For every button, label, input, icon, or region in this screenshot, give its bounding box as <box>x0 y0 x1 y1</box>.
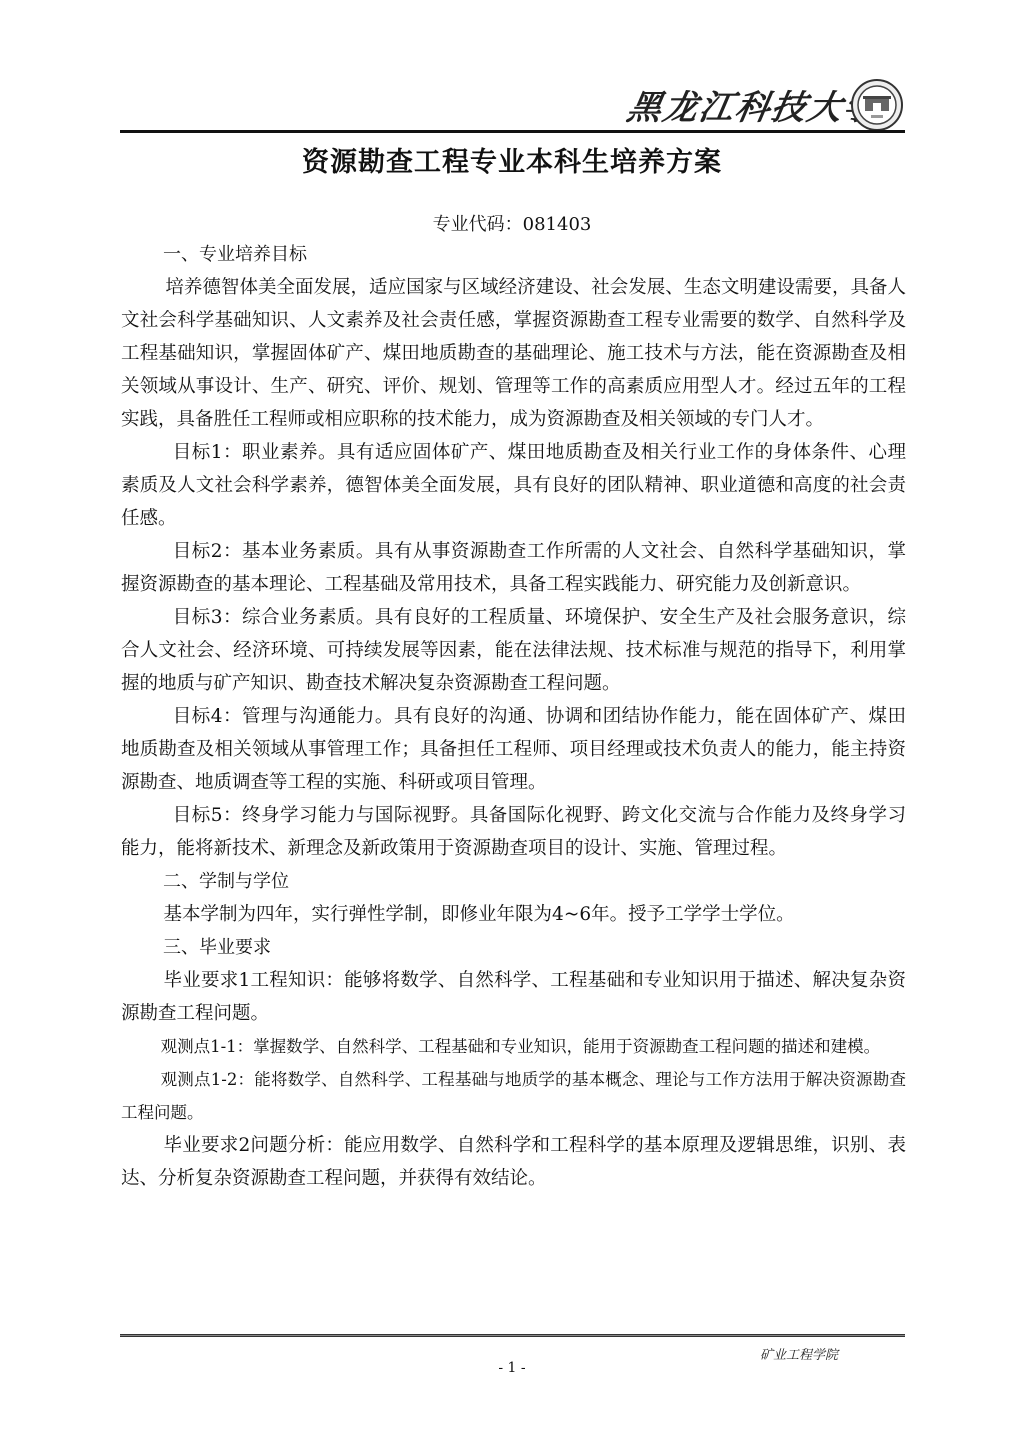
paragraph-goal-4: 目标4：管理与沟通能力。具有良好的沟通、协调和团结协作能力，能在固体矿产、煤田地… <box>121 700 906 799</box>
paragraph-requirement-2: 毕业要求2问题分析：能应用数学、自然科学和工程科学的基本原理及逻辑思维，识别、表… <box>121 1129 906 1195</box>
major-code: 专业代码：081403 <box>0 210 1024 236</box>
paragraph-goal-5: 目标5：终身学习能力与国际视野。具备国际化视野、跨文化交流与合作能力及终身学习能… <box>121 799 906 865</box>
document-body: 一、专业培养目标 培养德智体美全面发展，适应国家与区域经济建设、社会发展、生态文… <box>121 238 906 1195</box>
university-logo: 黑龙江科技大学 <box>628 76 880 132</box>
paragraph-goal-1: 目标1：职业素养。具有适应固体矿产、煤田地质勘查及相关行业工作的身体条件、心理素… <box>121 436 906 535</box>
section-heading-requirements: 三、毕业要求 <box>121 931 906 964</box>
header-divider <box>120 130 905 133</box>
paragraph-goal-2: 目标2：基本业务素质。具有从事资源勘查工作所需的人文社会、自然科学基础知识，掌握… <box>121 535 906 601</box>
paragraph-observation-1-2: 观测点1-2：能将数学、自然科学、工程基础与地质学的基本概念、理论与工作方法用于… <box>121 1063 906 1129</box>
footer-divider <box>120 1334 905 1337</box>
paragraph-observation-1-1: 观测点1-1：掌握数学、自然科学、工程基础和专业知识，能用于资源勘查工程问题的描… <box>121 1030 906 1063</box>
university-seal-icon <box>851 79 903 131</box>
paragraph-goal-3: 目标3：综合业务素质。具有良好的工程质量、环境保护、安全生产及社会服务意识，综合… <box>121 601 906 700</box>
university-name: 黑龙江科技大学 <box>624 80 885 129</box>
document-title: 资源勘查工程专业本科生培养方案 <box>0 140 1024 179</box>
paragraph-requirement-1: 毕业要求1工程知识：能够将数学、自然科学、工程基础和专业知识用于描述、解决复杂资… <box>121 964 906 1030</box>
paragraph-duration: 基本学制为四年，实行弹性学制，即修业年限为4~6年。授予工学学士学位。 <box>121 898 906 931</box>
page-number: - 1 - <box>0 1360 1024 1376</box>
section-heading-goals: 一、专业培养目标 <box>121 238 906 271</box>
paragraph-goals-intro: 培养德智体美全面发展，适应国家与区域经济建设、社会发展、生态文明建设需要，具备人… <box>121 271 906 436</box>
section-heading-duration: 二、学制与学位 <box>121 865 906 898</box>
